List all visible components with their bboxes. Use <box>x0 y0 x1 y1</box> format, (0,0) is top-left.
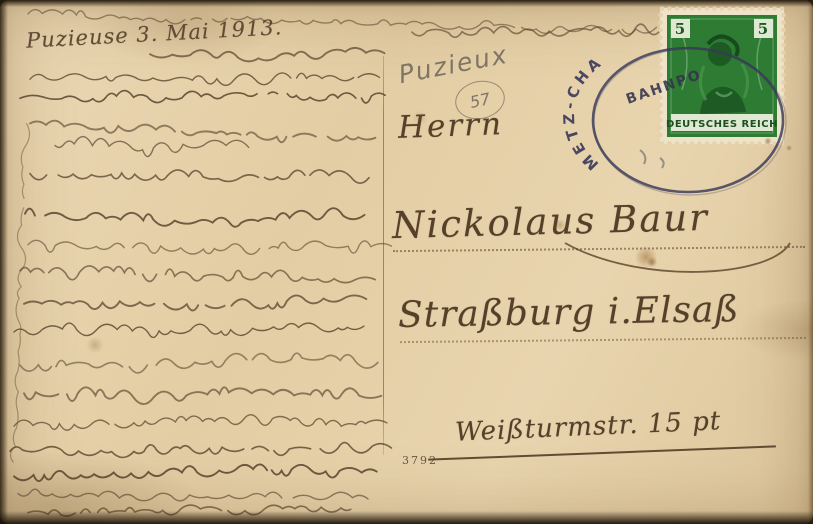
address-divider-line <box>383 56 384 455</box>
postage-stamp: 5 5 DEUTSCHES REICH <box>658 6 786 146</box>
postcard-photo: Puzieuse 3. Mai 1913. Puzieux 57 Herrn N… <box>0 0 813 524</box>
printed-card-number: 3792 <box>402 454 438 467</box>
address-city: Straßburg i.Elsaß <box>398 289 740 336</box>
address-name: Nickolaus Baur <box>391 196 709 247</box>
address-salutation: Herrn <box>397 106 503 146</box>
stamp-denomination-left: 5 <box>675 20 685 38</box>
stamp-country-text: DEUTSCHES REICH <box>666 119 778 130</box>
stamp-denomination-right: 5 <box>758 20 768 38</box>
